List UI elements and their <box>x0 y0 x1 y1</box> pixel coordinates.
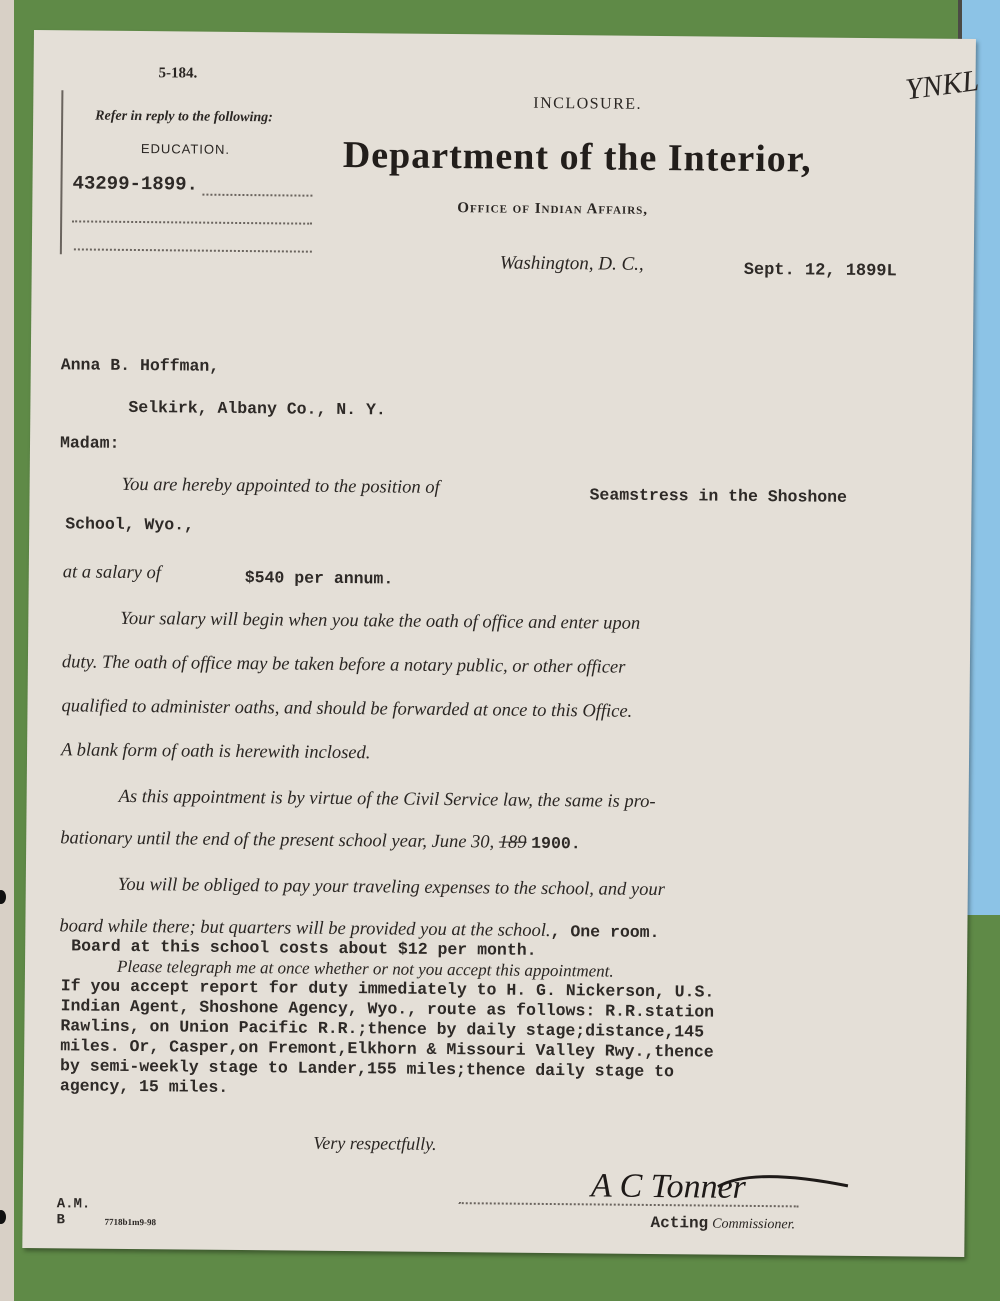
signature-title: Acting Commissioner. <box>650 1214 795 1233</box>
typist-initials-b: B <box>56 1212 65 1228</box>
salary-prefix: at a salary of <box>63 562 161 584</box>
signature-line <box>459 1202 799 1207</box>
appointment-text: You are hereby appointed to the position… <box>122 475 440 499</box>
divider <box>72 220 312 224</box>
addressee-name: Anna B. Hoffman, <box>61 355 220 376</box>
closing: Very respectfully. <box>313 1133 436 1155</box>
reference-file-number: 43299-1899. <box>72 172 198 195</box>
inclosure-label: INCLOSURE. <box>533 95 642 114</box>
left-edge-strip <box>0 0 14 1301</box>
title-acting: Acting <box>650 1214 708 1233</box>
office-heading: Office of Indian Affairs, <box>457 200 648 219</box>
reference-label: Refer in reply to the following: <box>95 109 273 127</box>
room-note: , One room. <box>550 922 659 942</box>
typist-initials: A.M. <box>57 1196 91 1212</box>
position-title-cont: School, Wyo., <box>65 514 194 534</box>
position-title: Seamstress in the Shoshone <box>589 485 847 506</box>
binder-hole <box>0 890 6 904</box>
divider <box>74 248 312 252</box>
place: Washington, D. C., <box>500 252 644 275</box>
oath-line-4: A blank form of oath is herewith inclose… <box>61 740 371 764</box>
divider <box>202 194 312 197</box>
school-year-end: 1900. <box>531 834 581 853</box>
signature-flourish <box>713 1165 853 1196</box>
civil-service-text: bationary until the end of the present s… <box>60 828 494 852</box>
salary-value: $540 per annum. <box>245 568 394 588</box>
struck-year: 189 <box>499 832 527 852</box>
civil-service-line-1: As this appointment is by virtue of the … <box>119 787 656 813</box>
reference-division: EDUCATION. <box>141 141 230 157</box>
binder-hole <box>0 1210 6 1224</box>
oath-line-2: duty. The oath of office may be taken be… <box>62 652 626 678</box>
form-number: 5-184. <box>159 65 198 82</box>
handwritten-initials: YNKL <box>904 64 981 107</box>
print-code: 7718b1m9-98 <box>105 1217 157 1227</box>
addressee-address: Selkirk, Albany Co., N. Y. <box>128 398 386 419</box>
oath-line-1: Your salary will begin when you take the… <box>120 609 640 635</box>
travel-instructions: If you accept report for duty immediatel… <box>60 976 715 1102</box>
department-heading: Department of the Interior, <box>343 133 812 181</box>
letter-page: 5-184. Refer in reply to the following: … <box>22 30 976 1257</box>
oath-line-3: qualified to administer oaths, and shoul… <box>61 696 632 722</box>
civil-service-line-2: bationary until the end of the present s… <box>60 828 581 854</box>
expenses-line-1: You will be obliged to pay your travelin… <box>118 875 665 901</box>
reference-box: Refer in reply to the following: EDUCATI… <box>60 90 322 256</box>
title-commissioner: Commissioner. <box>712 1217 795 1233</box>
letter-date: Sept. 12, 1899L <box>744 261 897 281</box>
salutation: Madam: <box>60 433 120 453</box>
